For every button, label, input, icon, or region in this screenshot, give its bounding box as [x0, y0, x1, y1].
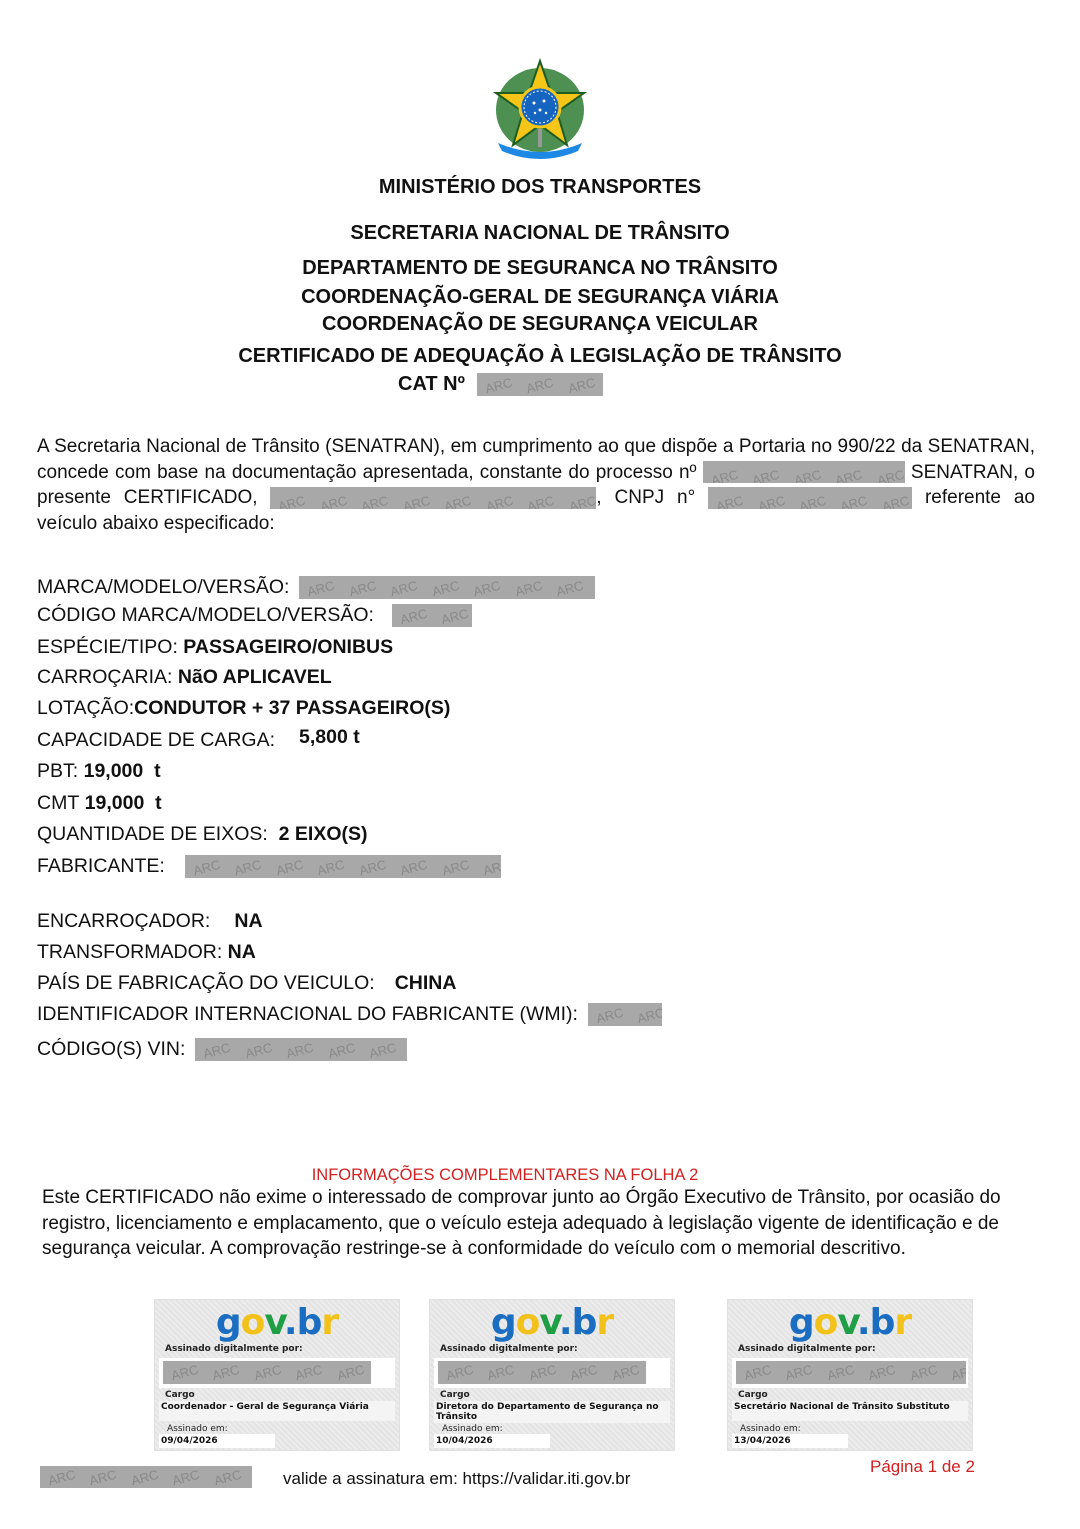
- signer-name-box: ARCARCARCARCARC: [434, 1358, 670, 1388]
- redacted-process-number: ARCARCARCARCARC: [703, 461, 905, 483]
- signer-cargo: Secretário Nacional de Trânsito Substitu…: [732, 1401, 968, 1421]
- signature-stamp-3: gov.br Assinado digitalmente por: ARCARC…: [727, 1299, 973, 1451]
- field-fabricante: FABRICANTE: ARCARCARCARCARCARCARCARC: [37, 855, 501, 878]
- field-encarrocador: ENCARROÇADOR:NA: [37, 910, 263, 933]
- intro-paragraph: A Secretaria Nacional de Trânsito (SENAT…: [37, 434, 1035, 536]
- cargo-label: Cargo: [738, 1390, 768, 1400]
- field-label: ESPÉCIE/TIPO:: [37, 636, 178, 659]
- field-pbt: PBT: 19,000 t: [37, 760, 161, 783]
- redacted-signer-name: ARCARCARCARCARCARC: [736, 1361, 966, 1384]
- signed-date: 13/04/2026: [732, 1434, 848, 1448]
- field-transformador: TRANSFORMADOR: NA: [37, 941, 256, 964]
- signed-on-label: Assinado em:: [442, 1424, 503, 1434]
- field-label: CARROÇARIA:: [37, 666, 172, 689]
- field-value: 5,800 t: [299, 726, 360, 749]
- field-marca-modelo: MARCA/MODELO/VERSÃO: ARCARCARCARCARCARCA…: [37, 576, 595, 599]
- signed-date: 10/04/2026: [434, 1434, 550, 1448]
- ministry-heading: MINISTÉRIO DOS TRANSPORTES: [0, 176, 1080, 199]
- intro-text-3: , CNPJ n°: [596, 487, 695, 508]
- govbr-logo: gov.br: [155, 1302, 399, 1343]
- field-wmi: IDENTIFICADOR INTERNACIONAL DO FABRICANT…: [37, 1003, 662, 1026]
- signer-name-box: ARCARCARCARCARC: [159, 1358, 395, 1388]
- cat-label: CAT Nº: [398, 373, 465, 396]
- coord-heading: COORDENAÇÃO DE SEGURANÇA VEICULAR: [0, 313, 1080, 336]
- field-label: PAÍS DE FABRICAÇÃO DO VEICULO:: [37, 972, 375, 995]
- field-capacidade-carga: CAPACIDADE DE CARGA:5,800 t: [37, 729, 360, 752]
- page-number: Página 1 de 2: [870, 1457, 975, 1477]
- complementary-info-note: INFORMAÇÕES COMPLEMENTARES NA FOLHA 2: [0, 1166, 1010, 1185]
- field-value: NA: [228, 941, 256, 964]
- field-especie-tipo: ESPÉCIE/TIPO: PASSAGEIRO/ONIBUS: [37, 636, 393, 659]
- govbr-logo: gov.br: [430, 1302, 674, 1343]
- signed-by-label: Assinado digitalmente por:: [738, 1344, 876, 1354]
- redacted-value: ARCARCARCARCARC: [195, 1038, 407, 1061]
- redacted-company-name: ARCARCARCARCARCARCARCARC: [270, 487, 596, 509]
- field-value: 19,000 t: [84, 760, 161, 783]
- redacted-footer-id: ARCARCARCARCARC: [40, 1466, 252, 1488]
- signed-on-label: Assinado em:: [167, 1424, 228, 1434]
- field-lotacao: LOTAÇÃO:CONDUTOR + 37 PASSAGEIRO(S): [37, 697, 450, 720]
- cat-number: CAT Nº ARCARCARC: [398, 373, 603, 396]
- field-value: 19,000 t: [85, 792, 162, 815]
- field-label: QUANTIDADE DE EIXOS:: [37, 823, 268, 846]
- secretariat-heading: SECRETARIA NACIONAL DE TRÂNSITO: [0, 222, 1080, 245]
- redacted-value: ARCARC: [588, 1003, 662, 1026]
- field-value: CONDUTOR + 37 PASSAGEIRO(S): [134, 697, 450, 720]
- signed-on-label: Assinado em:: [740, 1424, 801, 1434]
- field-eixos: QUANTIDADE DE EIXOS: 2 EIXO(S): [37, 823, 368, 846]
- cargo-label: Cargo: [440, 1390, 470, 1400]
- field-carrocaria: CARROÇARIA: NãO APLICAVEL: [37, 666, 332, 689]
- redacted-signer-name: ARCARCARCARCARC: [163, 1361, 371, 1384]
- field-label: TRANSFORMADOR:: [37, 941, 222, 964]
- redacted-value: ARCARC: [392, 604, 472, 627]
- field-label: ENCARROÇADOR:: [37, 910, 210, 933]
- field-codigo-marca: CÓDIGO MARCA/MODELO/VERSÃO: ARCARC: [37, 604, 472, 627]
- field-value: NãO APLICAVEL: [178, 666, 332, 689]
- field-value: NA: [234, 910, 262, 933]
- signer-cargo: Diretora do Departamento de Segurança no…: [434, 1401, 670, 1423]
- signer-name-box: ARCARCARCARCARCARC: [732, 1358, 968, 1388]
- field-value: PASSAGEIRO/ONIBUS: [183, 636, 393, 659]
- field-label: IDENTIFICADOR INTERNACIONAL DO FABRICANT…: [37, 1003, 578, 1026]
- certificate-title: CERTIFICADO DE ADEQUAÇÃO À LEGISLAÇÃO DE…: [0, 345, 1080, 368]
- signed-by-label: Assinado digitalmente por:: [165, 1344, 303, 1354]
- field-value: 2 EIXO(S): [279, 823, 368, 846]
- redacted-value: ARCARCARCARCARCARCARCARC: [185, 855, 501, 878]
- signature-stamp-1: gov.br Assinado digitalmente por: ARCARC…: [154, 1299, 400, 1451]
- redacted-cat-number: ARCARCARC: [477, 373, 603, 396]
- field-pais-fabricacao: PAÍS DE FABRICAÇÃO DO VEICULO:CHINA: [37, 972, 456, 995]
- field-label: CMT: [37, 792, 79, 815]
- field-label: CÓDIGO MARCA/MODELO/VERSÃO:: [37, 604, 374, 627]
- field-label: CÓDIGO(S) VIN:: [37, 1038, 185, 1061]
- cargo-label: Cargo: [165, 1390, 195, 1400]
- field-label: MARCA/MODELO/VERSÃO:: [37, 576, 289, 599]
- signed-date: 09/04/2026: [159, 1434, 275, 1448]
- field-cmt: CMT 19,000 t: [37, 792, 162, 815]
- field-label: LOTAÇÃO:: [37, 697, 134, 720]
- field-label: FABRICANTE:: [37, 855, 165, 878]
- govbr-logo: gov.br: [728, 1302, 972, 1343]
- signature-stamp-2: gov.br Assinado digitalmente por: ARCARC…: [429, 1299, 675, 1451]
- redacted-signer-name: ARCARCARCARCARC: [438, 1361, 646, 1384]
- signed-by-label: Assinado digitalmente por:: [440, 1344, 578, 1354]
- redacted-value: ARCARCARCARCARCARCARC: [299, 576, 595, 599]
- signer-cargo: Coordenador - Geral de Segurança Viária: [159, 1401, 395, 1421]
- redacted-cnpj: ARCARCARCARCARC: [708, 487, 912, 509]
- brazil-coat-of-arms-icon: [488, 55, 592, 165]
- validate-signature-link[interactable]: valide a assinatura em: https://validar.…: [283, 1469, 630, 1489]
- coord-general-heading: COORDENAÇÃO-GERAL DE SEGURANÇA VIÁRIA: [0, 286, 1080, 309]
- field-value: CHINA: [395, 972, 457, 995]
- field-label: CAPACIDADE DE CARGA:: [37, 729, 275, 752]
- field-vin: CÓDIGO(S) VIN: ARCARCARCARCARC: [37, 1038, 407, 1061]
- field-label: PBT:: [37, 760, 78, 783]
- disclaimer-paragraph: Este CERTIFICADO não exime o interessado…: [42, 1185, 1042, 1262]
- department-heading: DEPARTAMENTO DE SEGURANCA NO TRÂNSITO: [0, 257, 1080, 280]
